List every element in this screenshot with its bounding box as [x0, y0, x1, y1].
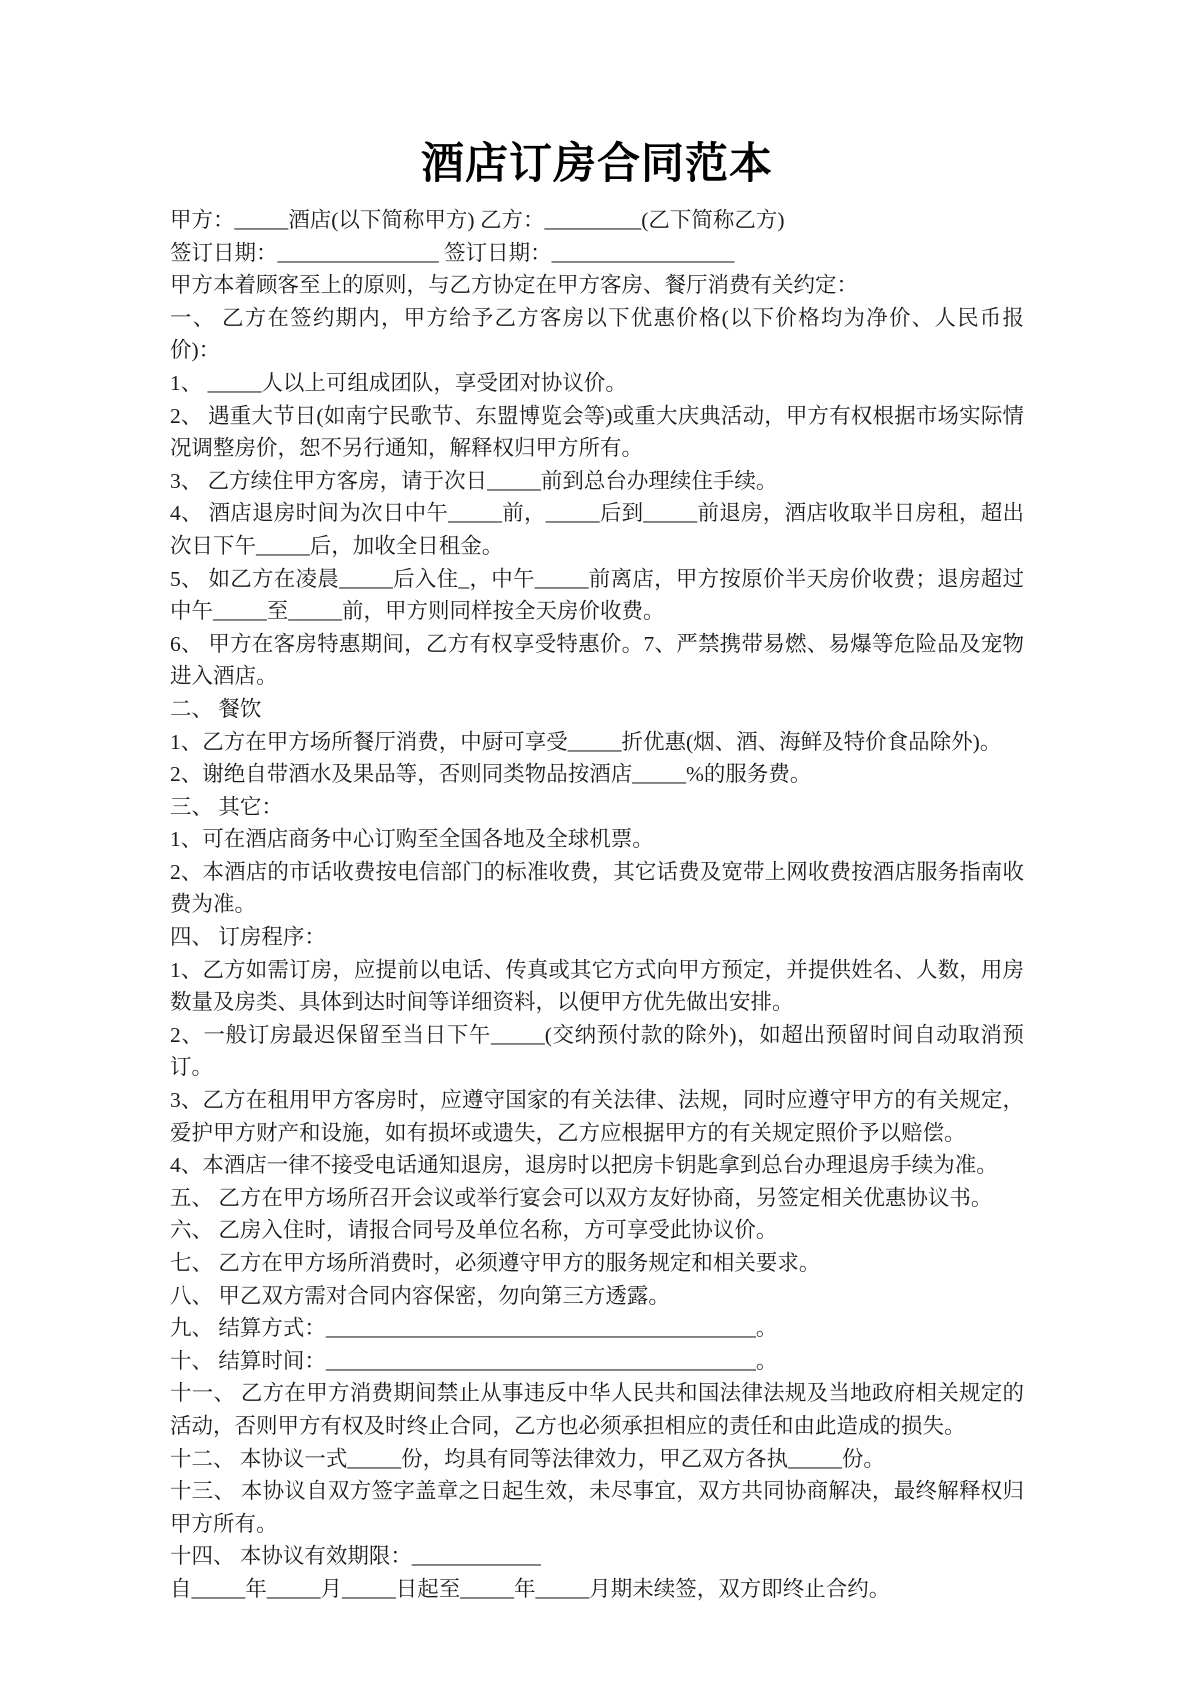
section-3-heading: 三、 其它：	[170, 791, 1024, 824]
section-2-heading: 二、 餐饮	[170, 693, 1024, 726]
clause-11: 十一、 乙方在甲方消费期间禁止从事违反中华人民共和国法律法规及当地政府相关规定的…	[170, 1377, 1024, 1442]
clause-9-settlement-method: 九、 结算方式：________________________________…	[170, 1312, 1024, 1345]
section-1-item-2: 2、 遇重大节日(如南宁民歌节、东盟博览会等)或重大庆典活动，甲方有权根据市场实…	[170, 400, 1024, 465]
section-2-item-1: 1、乙方在甲方场所餐厅消费，中厨可享受_____折优惠(烟、酒、海鲜及特价食品除…	[170, 726, 1024, 759]
clause-5: 五、 乙方在甲方场所召开会议或举行宴会可以双方友好协商，另签定相关优惠协议书。	[170, 1182, 1024, 1215]
sign-date-line: 签订日期：_______________ 签订日期：______________…	[170, 237, 1024, 270]
clause-8: 八、 甲乙双方需对合同内容保密，勿向第三方透露。	[170, 1280, 1024, 1313]
section-1-item-6-7: 6、 甲方在客房特惠期间，乙方有权享受特惠价。7、严禁携带易燃、易爆等危险品及宠…	[170, 628, 1024, 693]
clause-12: 十二、 本协议一式_____份，均具有同等法律效力，甲乙双方各执_____份。	[170, 1443, 1024, 1476]
clause-13: 十三、 本协议自双方签字盖章之日起生效，未尽事宜，双方共同协商解决，最终解释权归…	[170, 1475, 1024, 1540]
clause-14-validity: 十四、 本协议有效期限：____________	[170, 1540, 1024, 1573]
section-3-item-2: 2、本酒店的市话收费按电信部门的标准收费，其它话费及宽带上网收费按酒店服务指南收…	[170, 856, 1024, 921]
section-4-item-4: 4、本酒店一律不接受电话通知退房，退房时以把房卡钥匙拿到总台办理退房手续为准。	[170, 1149, 1024, 1182]
contract-page: 酒店订房合同范本 甲方：_____酒店(以下简称甲方) 乙方：_________…	[0, 0, 1190, 1683]
section-3-item-1: 1、可在酒店商务中心订购至全国各地及全球机票。	[170, 823, 1024, 856]
section-1-item-3: 3、 乙方续住甲方客房，请于次日_____前到总台办理续住手续。	[170, 465, 1024, 498]
section-1-heading: 一、 乙方在签约期内，甲方给予乙方客房以下优惠价格(以下价格均为净价、人民币报价…	[170, 302, 1024, 367]
validity-period-line: 自_____年_____月_____日起至_____年_____月期未续签，双方…	[170, 1573, 1024, 1606]
section-4-item-1: 1、乙方如需订房，应提前以电话、传真或其它方式向甲方预定，并提供姓名、人数，用房…	[170, 954, 1024, 1019]
section-1-item-4: 4、 酒店退房时间为次日中午_____前，_____后到_____前退房，酒店收…	[170, 497, 1024, 562]
section-1-item-5: 5、 如乙方在凌晨_____后入住_，中午_____前离店，甲方按原价半天房价收…	[170, 563, 1024, 628]
clause-6: 六、 乙房入住时，请报合同号及单位名称，方可享受此协议价。	[170, 1214, 1024, 1247]
section-2-item-2: 2、谢绝自带酒水及果品等，否则同类物品按酒店_____%的服务费。	[170, 758, 1024, 791]
preamble-line: 甲方本着顾客至上的原则，与乙方协定在甲方客房、餐厅消费有关约定：	[170, 269, 1024, 302]
section-1-item-1: 1、 _____人以上可组成团队，享受团对协议价。	[170, 367, 1024, 400]
section-4-item-2: 2、一般订房最迟保留至当日下午_____(交纳预付款的除外)，如超出预留时间自动…	[170, 1019, 1024, 1084]
section-4-item-3: 3、乙方在租用甲方客房时，应遵守国家的有关法律、法规，同时应遵守甲方的有关规定，…	[170, 1084, 1024, 1149]
section-4-heading: 四、 订房程序：	[170, 921, 1024, 954]
contract-body: 甲方：_____酒店(以下简称甲方) 乙方：_________(乙下简称乙方) …	[170, 204, 1024, 1606]
clause-7: 七、 乙方在甲方场所消费时，必须遵守甲方的服务规定和相关要求。	[170, 1247, 1024, 1280]
party-line: 甲方：_____酒店(以下简称甲方) 乙方：_________(乙下简称乙方)	[170, 204, 1024, 237]
clause-10-settlement-time: 十、 结算时间：________________________________…	[170, 1345, 1024, 1378]
page-title: 酒店订房合同范本	[170, 136, 1024, 194]
